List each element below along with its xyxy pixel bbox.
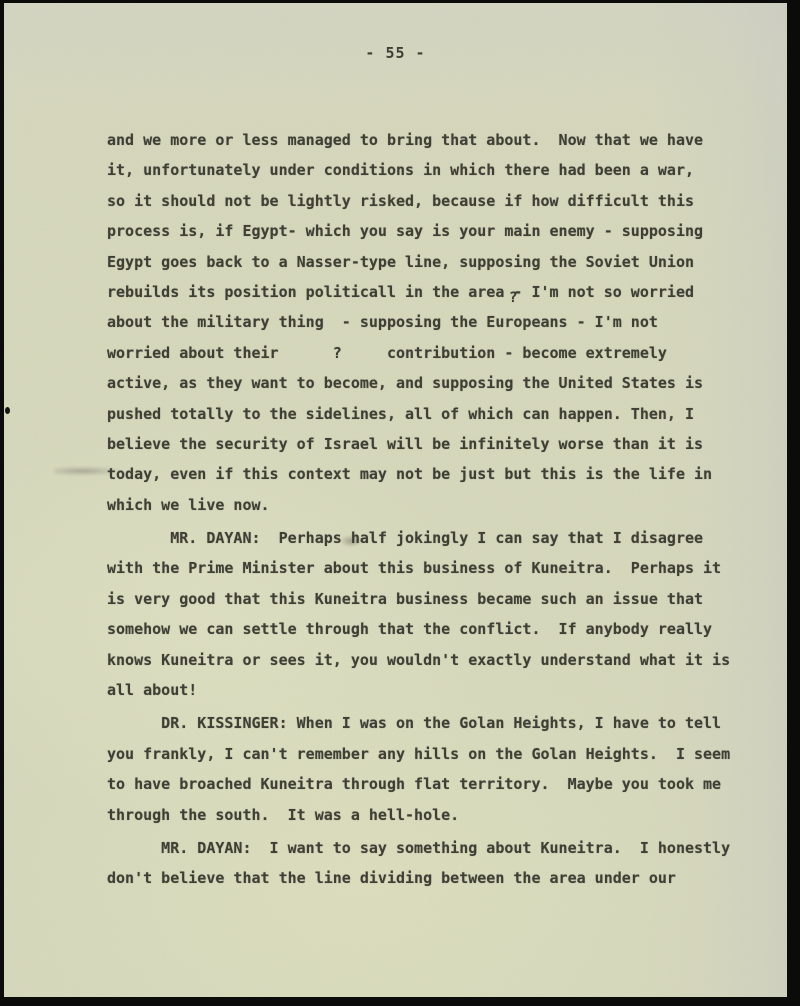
document-line: all about!	[107, 675, 787, 705]
document-line: MR. DAYAN: Perhaps half jokingly I can s…	[107, 523, 787, 553]
document-line: knows Kuneitra or sees it, you wouldn't …	[107, 645, 787, 675]
document-line: about the military thing - supposing the…	[107, 307, 787, 337]
document-line: Egypt goes back to a Nasser-type line, s…	[107, 247, 787, 277]
document-line: pushed totally to the sidelines, all of …	[107, 399, 787, 429]
document-line: believe the security of Israel will be i…	[107, 429, 787, 459]
paragraph-dayan-2: MR. DAYAN: I want to say something about…	[107, 833, 787, 894]
paragraph-prime-minister: ? and we more or less managed to bring t…	[107, 125, 787, 520]
document-line: through the south. It was a hell-hole.	[107, 800, 787, 830]
document-line: and we more or less managed to bring tha…	[107, 125, 787, 155]
document-line: worried about their ? contribution - bec…	[107, 338, 787, 368]
document-line: so it should not be lightly risked, beca…	[107, 186, 787, 216]
document-line: rebuilds its position politicall in the …	[107, 277, 787, 307]
document-line: today, even if this context may not be j…	[107, 459, 787, 489]
document-line: with the Prime Minister about this busin…	[107, 553, 787, 583]
document-line: process is, if Egypt- which you say is y…	[107, 216, 787, 246]
paragraph-kissinger: DR. KISSINGER: When I was on the Golan H…	[107, 708, 787, 830]
document-line: DR. KISSINGER: When I was on the Golan H…	[107, 708, 787, 738]
document-line: you frankly, I can't remember any hills …	[107, 739, 787, 769]
document-line: MR. DAYAN: I want to say something about…	[107, 833, 787, 863]
scanned-page: - 55 - ? and we more or less managed to …	[4, 3, 787, 997]
document-line: which we live now.	[107, 490, 787, 520]
document-body: ? and we more or less managed to bring t…	[107, 125, 787, 894]
document-line: somehow we can settle through that the c…	[107, 614, 787, 644]
document-line: it, unfortunately under conditions in wh…	[107, 155, 787, 185]
document-line: don't believe that the line dividing bet…	[107, 863, 787, 893]
paragraph-dayan-1: MR. DAYAN: Perhaps half jokingly I can s…	[107, 523, 787, 705]
page-number: - 55 -	[4, 44, 787, 62]
scan-speck	[5, 407, 10, 414]
handwritten-question-mark: ?	[509, 291, 517, 305]
document-line: active, as they want to become, and supp…	[107, 368, 787, 398]
document-line: to have broached Kuneitra through flat t…	[107, 769, 787, 799]
document-line: is very good that this Kuneitra business…	[107, 584, 787, 614]
